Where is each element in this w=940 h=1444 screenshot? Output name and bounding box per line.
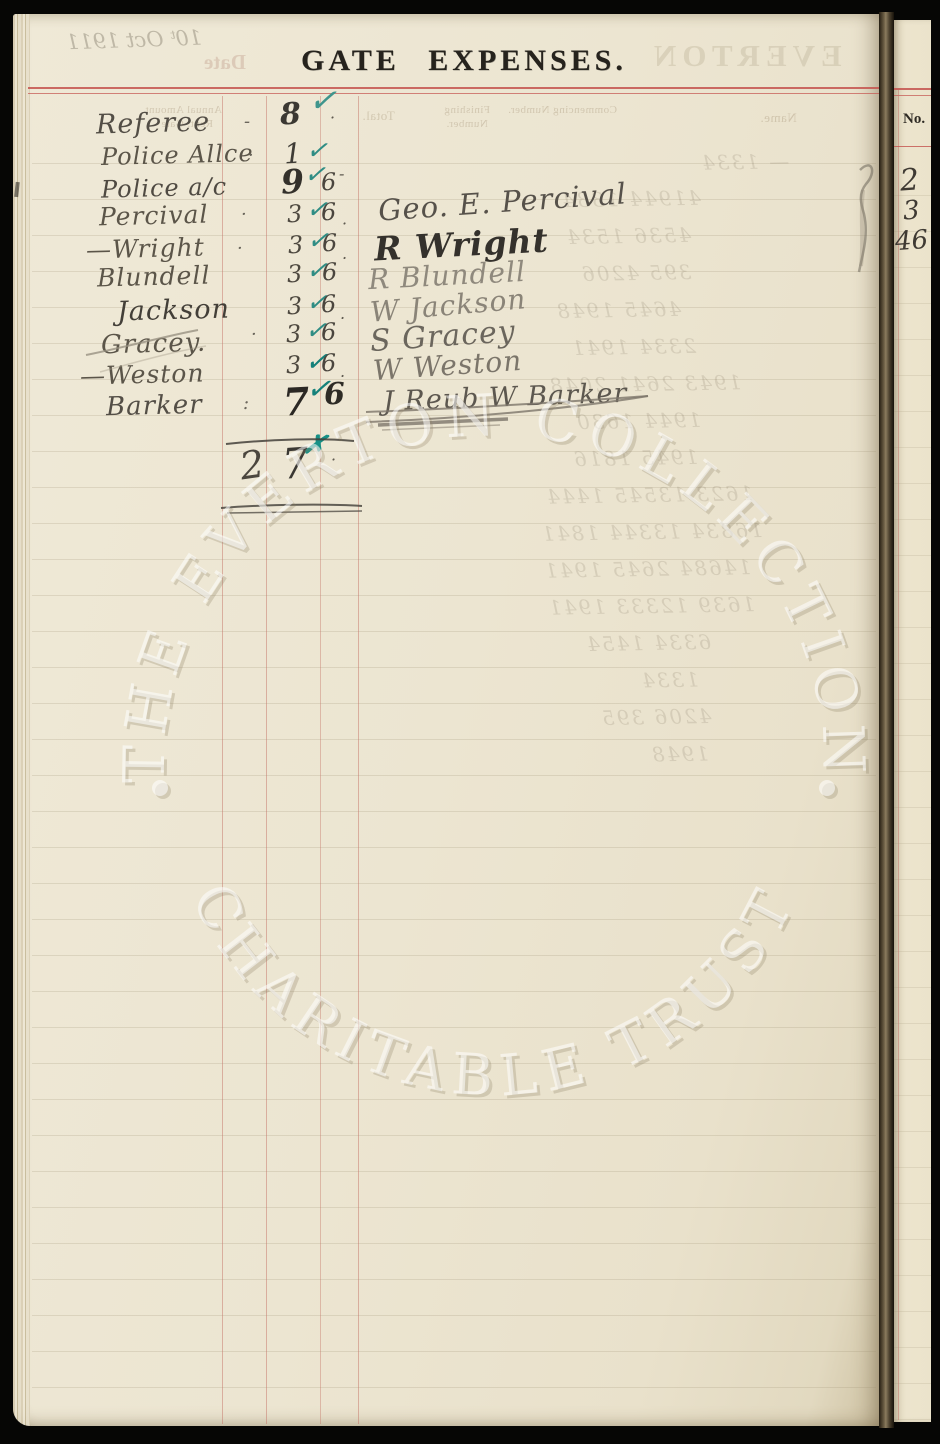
horizontal-ruling (894, 160, 931, 1422)
next-page-figure: 3 (902, 197, 920, 224)
no-column-header: No. (903, 112, 925, 127)
head-rule (894, 95, 931, 96)
total-rule-top (226, 439, 354, 444)
strike-barker-top (366, 396, 648, 412)
next-page-figure: 2 (899, 165, 920, 196)
total-rule-double-1 (221, 505, 362, 508)
column-line (898, 90, 899, 1420)
pencil-squiggle-shade (861, 190, 863, 266)
no-column-rule (894, 146, 931, 147)
next-page-figure: 46 (894, 227, 929, 255)
head-rule (894, 88, 931, 90)
pen-strokes (0, 0, 940, 1444)
total-rule-double-2 (227, 511, 362, 513)
scanned-ledger-page: 10ᵗ Oct 1911 Date EVERTON Annual Amount … (0, 0, 940, 1444)
edge-mark (14, 182, 20, 197)
strike-weston-faint (100, 346, 206, 372)
book-gutter (879, 12, 894, 1428)
next-page-edge: No. 2346 (894, 20, 931, 1422)
